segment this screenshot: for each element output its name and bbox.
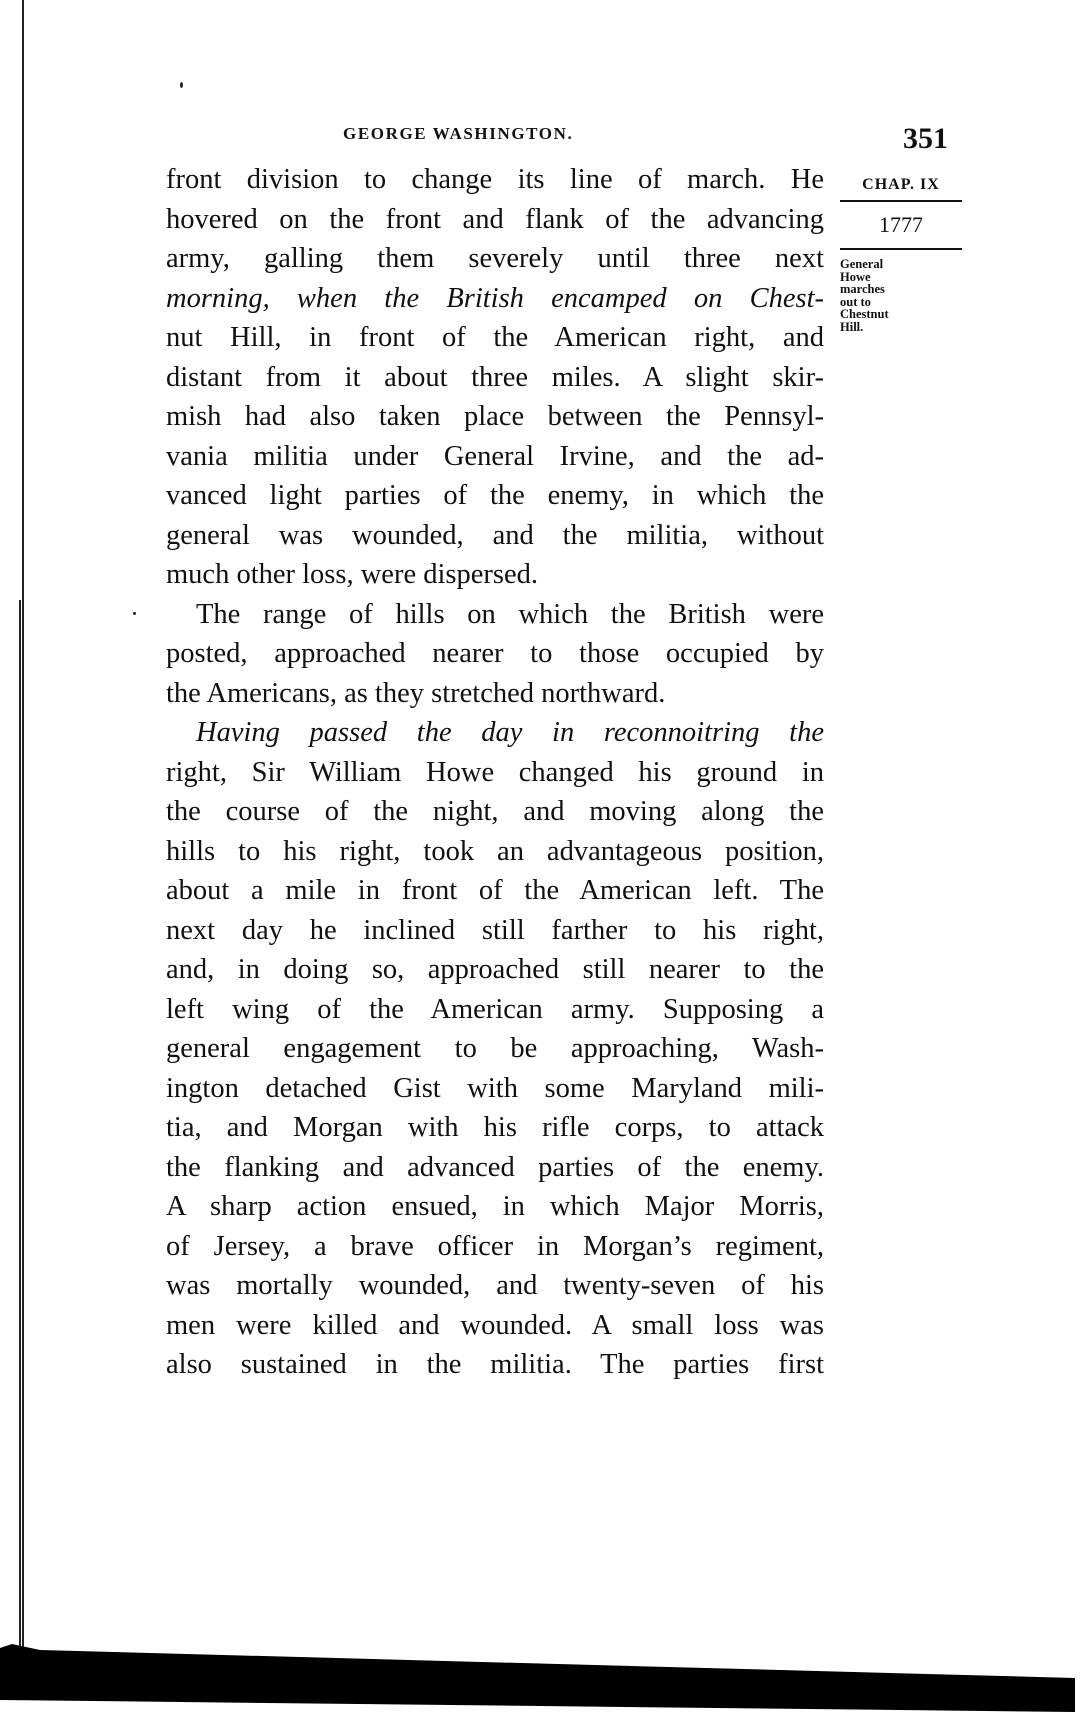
text-line: next day he inclined still farther to hi… xyxy=(166,911,824,951)
text-line: tia, and Morgan with his rifle corps, to… xyxy=(166,1108,824,1148)
page-edge-line xyxy=(22,0,24,1650)
text-line: men were killed and wounded. A small los… xyxy=(166,1306,824,1346)
text-line: distant from it about three miles. A sli… xyxy=(166,358,824,398)
text-line: the Americans, as they stretched northwa… xyxy=(166,674,824,714)
text-line: right, Sir William Howe changed his grou… xyxy=(166,753,824,793)
text-line: the flanking and advanced parties of the… xyxy=(166,1148,824,1188)
sidenote-line: Chestnut xyxy=(840,308,962,321)
body-text: front division to change its line of mar… xyxy=(166,160,824,1385)
sidenote-line: marches xyxy=(840,283,962,296)
text-line: nut Hill, in front of the American right… xyxy=(166,318,824,358)
scan-speck xyxy=(180,82,183,88)
sidenote: General Howe marches out to Chestnut Hil… xyxy=(840,258,962,333)
chapter-label: CHAP. IX xyxy=(840,170,962,200)
paragraph-2: The range of hills on which the British … xyxy=(166,595,824,714)
text-line: morning, when the British encamped on Ch… xyxy=(166,279,824,319)
text-line: general was wounded, and the militia, wi… xyxy=(166,516,824,556)
paragraph-1: front division to change its line of mar… xyxy=(166,160,824,595)
text-line: army, galling them severely until three … xyxy=(166,239,824,279)
text-line: left wing of the American army. Supposin… xyxy=(166,990,824,1030)
sidenote-line: General xyxy=(840,258,962,271)
scan-speck xyxy=(133,612,136,615)
margin-notes: CHAP. IX 1777 General Howe marches out t… xyxy=(840,170,962,333)
text-line: A sharp action ensued, in which Major Mo… xyxy=(166,1187,824,1227)
text-line: posted, approached nearer to those occup… xyxy=(166,634,824,674)
text-line: also sustained in the militia. The parti… xyxy=(166,1345,824,1385)
text-line: mish had also taken place between the Pe… xyxy=(166,397,824,437)
text-line: was mortally wounded, and twenty-seven o… xyxy=(166,1266,824,1306)
sidenote-line: Hill. xyxy=(840,321,962,334)
text-line: much other loss, were dispersed. xyxy=(166,555,824,595)
text-line: the course of the night, and moving alon… xyxy=(166,792,824,832)
scan-shadow-band xyxy=(0,1640,1084,1712)
year-label: 1777 xyxy=(840,202,962,248)
page-number: 351 xyxy=(903,122,948,156)
running-head: GEORGE WASHINGTON. xyxy=(343,124,573,144)
text-line: general engagement to be approaching, Wa… xyxy=(166,1029,824,1069)
text-line: hills to his right, took an advantageous… xyxy=(166,832,824,872)
page-edge-line-lower xyxy=(19,600,21,1650)
text-line: front division to change its line of mar… xyxy=(166,160,824,200)
book-page: GEORGE WASHINGTON. 351 CHAP. IX 1777 Gen… xyxy=(0,0,1084,1712)
text-line: vania militia under General Irvine, and … xyxy=(166,437,824,477)
text-line: vanced light parties of the enemy, in wh… xyxy=(166,476,824,516)
text-line: The range of hills on which the British … xyxy=(166,595,824,635)
text-line: hovered on the front and flank of the ad… xyxy=(166,200,824,240)
margin-rule-bottom xyxy=(840,248,962,250)
text-line: and, in doing so, approached still neare… xyxy=(166,950,824,990)
text-line: about a mile in front of the American le… xyxy=(166,871,824,911)
paragraph-3: Having passed the day in reconnoitring t… xyxy=(166,713,824,1385)
text-line: Having passed the day in reconnoitring t… xyxy=(166,713,824,753)
text-line: ington detached Gist with some Maryland … xyxy=(166,1069,824,1109)
text-line: of Jersey, a brave officer in Morgan’s r… xyxy=(166,1227,824,1267)
